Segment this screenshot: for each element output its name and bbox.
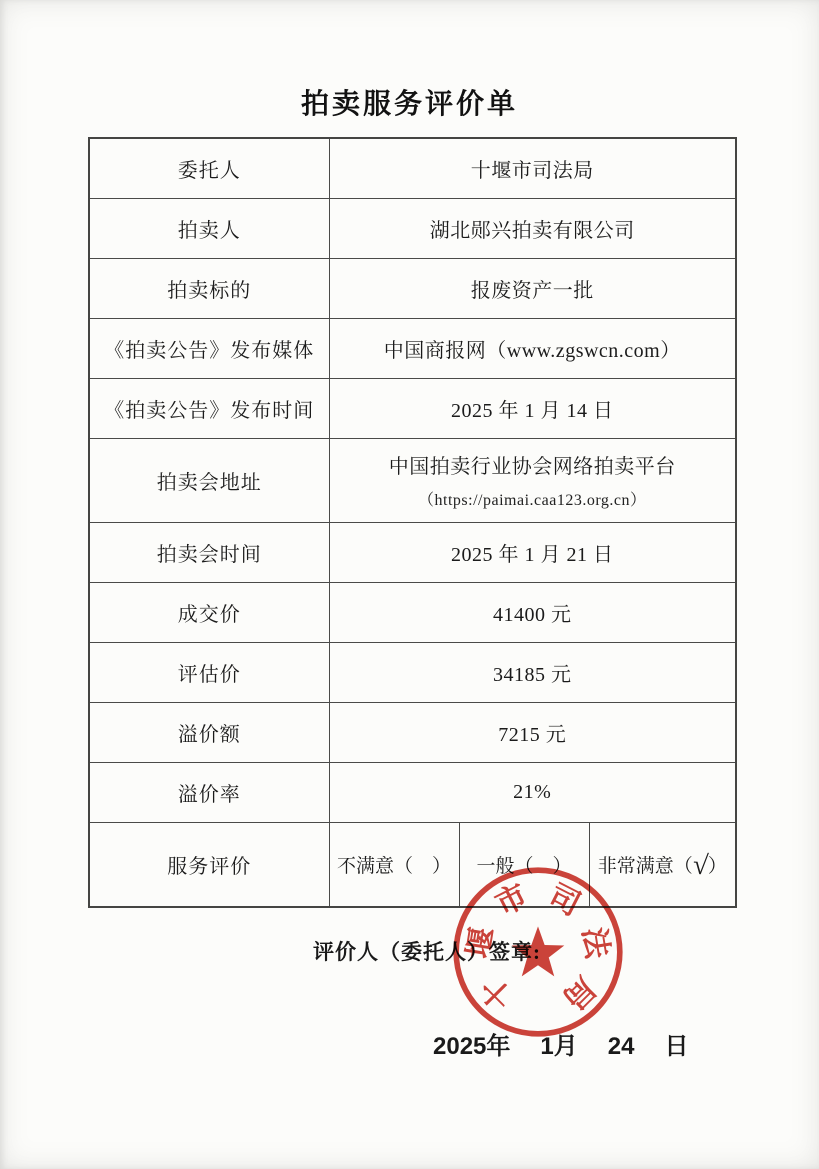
field-value-premium-amount: 7215 元 xyxy=(329,702,736,762)
field-value-premium-rate: 21% xyxy=(329,762,736,822)
table-row-service-evaluation: 服务评价 不满意（ ） 一般（ ） 非常满意（√） xyxy=(89,822,736,907)
field-value-client: 十堰市司法局 xyxy=(329,138,736,198)
check-mark: √ xyxy=(693,864,708,865)
field-label-auction-time: 拍卖会时间 xyxy=(89,522,329,582)
table-row: 溢价额 7215 元 xyxy=(89,702,736,762)
field-label-announcement-time: 《拍卖公告》发布时间 xyxy=(89,378,329,438)
scanned-document-page: 拍卖服务评价单 委托人 十堰市司法局 拍卖人 湖北郧兴拍卖有限公司 拍卖标的 报… xyxy=(0,0,819,1169)
field-label-premium-amount: 溢价额 xyxy=(89,702,329,762)
auction-platform-name: 中国拍卖行业协会网络拍卖平台 xyxy=(334,450,732,479)
field-value-announcement-media: 中国商报网（www.zgswcn.com） xyxy=(329,318,736,378)
field-value-auctioneer: 湖北郧兴拍卖有限公司 xyxy=(329,198,736,258)
table-row: 溢价率 21% xyxy=(89,762,736,822)
table-row: 委托人 十堰市司法局 xyxy=(89,138,736,198)
date-year: 2025年 xyxy=(433,1026,510,1061)
seal-char: 十 xyxy=(474,970,520,1016)
table-row: 拍卖人 湖北郧兴拍卖有限公司 xyxy=(89,198,736,258)
evaluation-form-table: 委托人 十堰市司法局 拍卖人 湖北郧兴拍卖有限公司 拍卖标的 报废资产一批 《拍… xyxy=(88,137,737,908)
field-value-subject: 报废资产一批 xyxy=(329,258,736,318)
table-row: 拍卖会时间 2025 年 1 月 21 日 xyxy=(89,522,736,582)
table-row: 拍卖会地址 中国拍卖行业协会网络拍卖平台 （https://paimai.caa… xyxy=(89,438,736,522)
field-value-announcement-time: 2025 年 1 月 14 日 xyxy=(329,378,736,438)
option-very-satisfied-text: 非常满意（ xyxy=(598,856,693,877)
field-value-auction-time: 2025 年 1 月 21 日 xyxy=(329,522,736,582)
field-label-premium-rate: 溢价率 xyxy=(89,762,329,822)
field-value-deal-price: 41400 元 xyxy=(329,582,736,642)
field-label-announcement-media: 《拍卖公告》发布媒体 xyxy=(89,318,329,378)
date-month: 1月 xyxy=(540,1026,577,1061)
seal-char: 法 xyxy=(576,925,614,961)
page-title: 拍卖服务评价单 xyxy=(0,82,819,122)
field-value-auction-address: 中国拍卖行业协会网络拍卖平台 （https://paimai.caa123.or… xyxy=(329,438,736,522)
field-label-auction-address: 拍卖会地址 xyxy=(89,438,329,522)
field-label-deal-price: 成交价 xyxy=(89,582,329,642)
table-row: 《拍卖公告》发布媒体 中国商报网（www.zgswcn.com） xyxy=(89,318,736,378)
seal-char: 局 xyxy=(556,970,602,1016)
option-very-satisfied: 非常满意（√） xyxy=(589,822,736,907)
option-average: 一般（ ） xyxy=(459,822,589,907)
option-unsatisfied: 不满意（ ） xyxy=(329,822,459,907)
field-label-appraisal-price: 评估价 xyxy=(89,642,329,702)
date-day: 24 xyxy=(608,1033,635,1061)
field-label-subject: 拍卖标的 xyxy=(89,258,329,318)
auction-platform-url: （https://paimai.caa123.org.cn） xyxy=(334,487,732,510)
field-label-service-evaluation: 服务评价 xyxy=(89,822,329,907)
field-label-client: 委托人 xyxy=(89,138,329,198)
date-day-suffix: 日 xyxy=(664,1026,688,1061)
option-very-satisfied-close: ） xyxy=(708,856,727,877)
table-row: 拍卖标的 报废资产一批 xyxy=(89,258,736,318)
table-row: 成交价 41400 元 xyxy=(89,582,736,642)
date-line: 2025年 1月 24 日 xyxy=(433,1026,688,1061)
field-value-appraisal-price: 34185 元 xyxy=(329,642,736,702)
table-row: 评估价 34185 元 xyxy=(89,642,736,702)
table-row: 《拍卖公告》发布时间 2025 年 1 月 14 日 xyxy=(89,378,736,438)
signature-label: 评价人（委托人）签章: xyxy=(313,936,541,966)
field-label-auctioneer: 拍卖人 xyxy=(89,198,329,258)
